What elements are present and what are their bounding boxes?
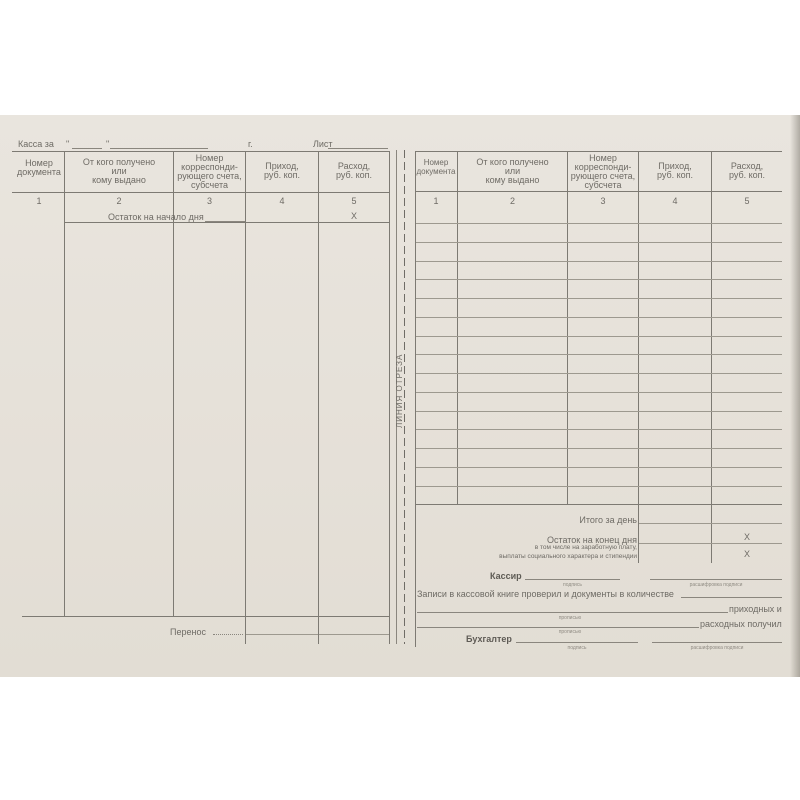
carry-over-top-line [22, 616, 389, 617]
kassa-label: Касса за [18, 139, 54, 149]
year-suffix: г. [248, 139, 253, 149]
row-line[interactable] [416, 298, 782, 299]
column-number-4: 4 [246, 196, 318, 206]
header-bottom-border [12, 192, 389, 193]
closing-balance-mark: X [712, 532, 782, 542]
table-left-border [415, 151, 416, 647]
salary-mark: X [712, 549, 782, 559]
carry-over-label: Перенос [170, 627, 206, 637]
row-line[interactable] [416, 486, 782, 487]
column-number-1: 1 [14, 196, 64, 206]
day-total-line[interactable] [639, 523, 782, 524]
column-number-3: 3 [174, 196, 245, 206]
row-line[interactable] [416, 467, 782, 468]
sheet-number-field[interactable] [328, 148, 388, 149]
cashier-decode-field[interactable] [650, 579, 782, 580]
quote-close: " [106, 139, 109, 149]
col-divider-3 [638, 151, 639, 563]
cashier-label: Кассир [490, 571, 522, 581]
quote-open: " [66, 139, 69, 149]
salary-line-1: в том числе на заработную плату, [450, 544, 637, 552]
accountant-label: Бухгалтер [466, 634, 512, 644]
paper-edge-shadow [790, 115, 800, 677]
column-number-2: 2 [64, 196, 174, 206]
row-line[interactable] [416, 411, 782, 412]
column-number-5: 5 [319, 196, 389, 206]
column-number-5: 5 [712, 196, 782, 206]
col-divider-4 [318, 151, 319, 644]
cashier-decode-caption: расшифровка подписи [650, 582, 782, 588]
cut-line-dashed [404, 150, 405, 644]
salary-line-2: выплаты социального характера и стипенди… [440, 553, 637, 561]
row-line[interactable] [416, 448, 782, 449]
row-line[interactable] [416, 317, 782, 318]
carry-over-mid-line [245, 634, 389, 635]
words-caption-1: прописью [520, 615, 620, 621]
incoming-count-field[interactable] [417, 612, 728, 613]
row-line[interactable] [416, 279, 782, 280]
column-number-1: 1 [415, 196, 457, 206]
header-bottom-border [416, 191, 782, 192]
documents-count-field[interactable] [681, 597, 782, 598]
accountant-signature-field[interactable] [516, 642, 638, 643]
row-line[interactable] [416, 429, 782, 430]
table-right-border [389, 151, 390, 644]
row-line[interactable] [416, 261, 782, 262]
opening-balance-underline [205, 221, 245, 222]
accountant-signature-caption: подпись [516, 645, 638, 651]
day-field[interactable] [72, 148, 102, 149]
table-top-border [416, 151, 782, 152]
cashier-signature-caption: подпись [525, 582, 620, 588]
month-field[interactable] [110, 148, 208, 149]
column-number-4: 4 [639, 196, 711, 206]
column-number-2: 2 [458, 196, 567, 206]
row-line[interactable] [416, 373, 782, 374]
rows-bottom-border [416, 504, 782, 505]
table-top-border [12, 151, 389, 152]
opening-balance-mark: X [319, 211, 389, 221]
col-divider-1 [64, 151, 65, 617]
row-line[interactable] [416, 336, 782, 337]
col-divider-4 [711, 151, 712, 563]
row-line[interactable] [416, 354, 782, 355]
cut-line-label: ЛИНИЯ ОТРЕЗА [395, 354, 404, 428]
row-line[interactable] [416, 392, 782, 393]
closing-balance-line[interactable] [639, 543, 782, 544]
carry-over-dots [213, 634, 243, 636]
day-total-label: Итого за день [540, 515, 637, 525]
verification-text: Записи в кассовой книге проверил и докум… [417, 589, 674, 599]
cashier-signature-field[interactable] [525, 579, 620, 580]
outgoing-count-field[interactable] [417, 627, 699, 628]
opening-balance-label: Остаток на начало дня [108, 212, 204, 222]
accountant-decode-caption: расшифровка подписи [652, 645, 782, 651]
outgoing-suffix: расходных получил [700, 619, 782, 629]
accountant-decode-field[interactable] [652, 642, 782, 643]
incoming-suffix: приходных и [729, 604, 782, 614]
row-line[interactable] [416, 242, 782, 243]
words-caption-2: прописью [520, 629, 620, 635]
column-number-3: 3 [568, 196, 638, 206]
row-line[interactable] [416, 223, 782, 224]
opening-balance-line [65, 222, 389, 223]
col-divider-3 [245, 151, 246, 644]
